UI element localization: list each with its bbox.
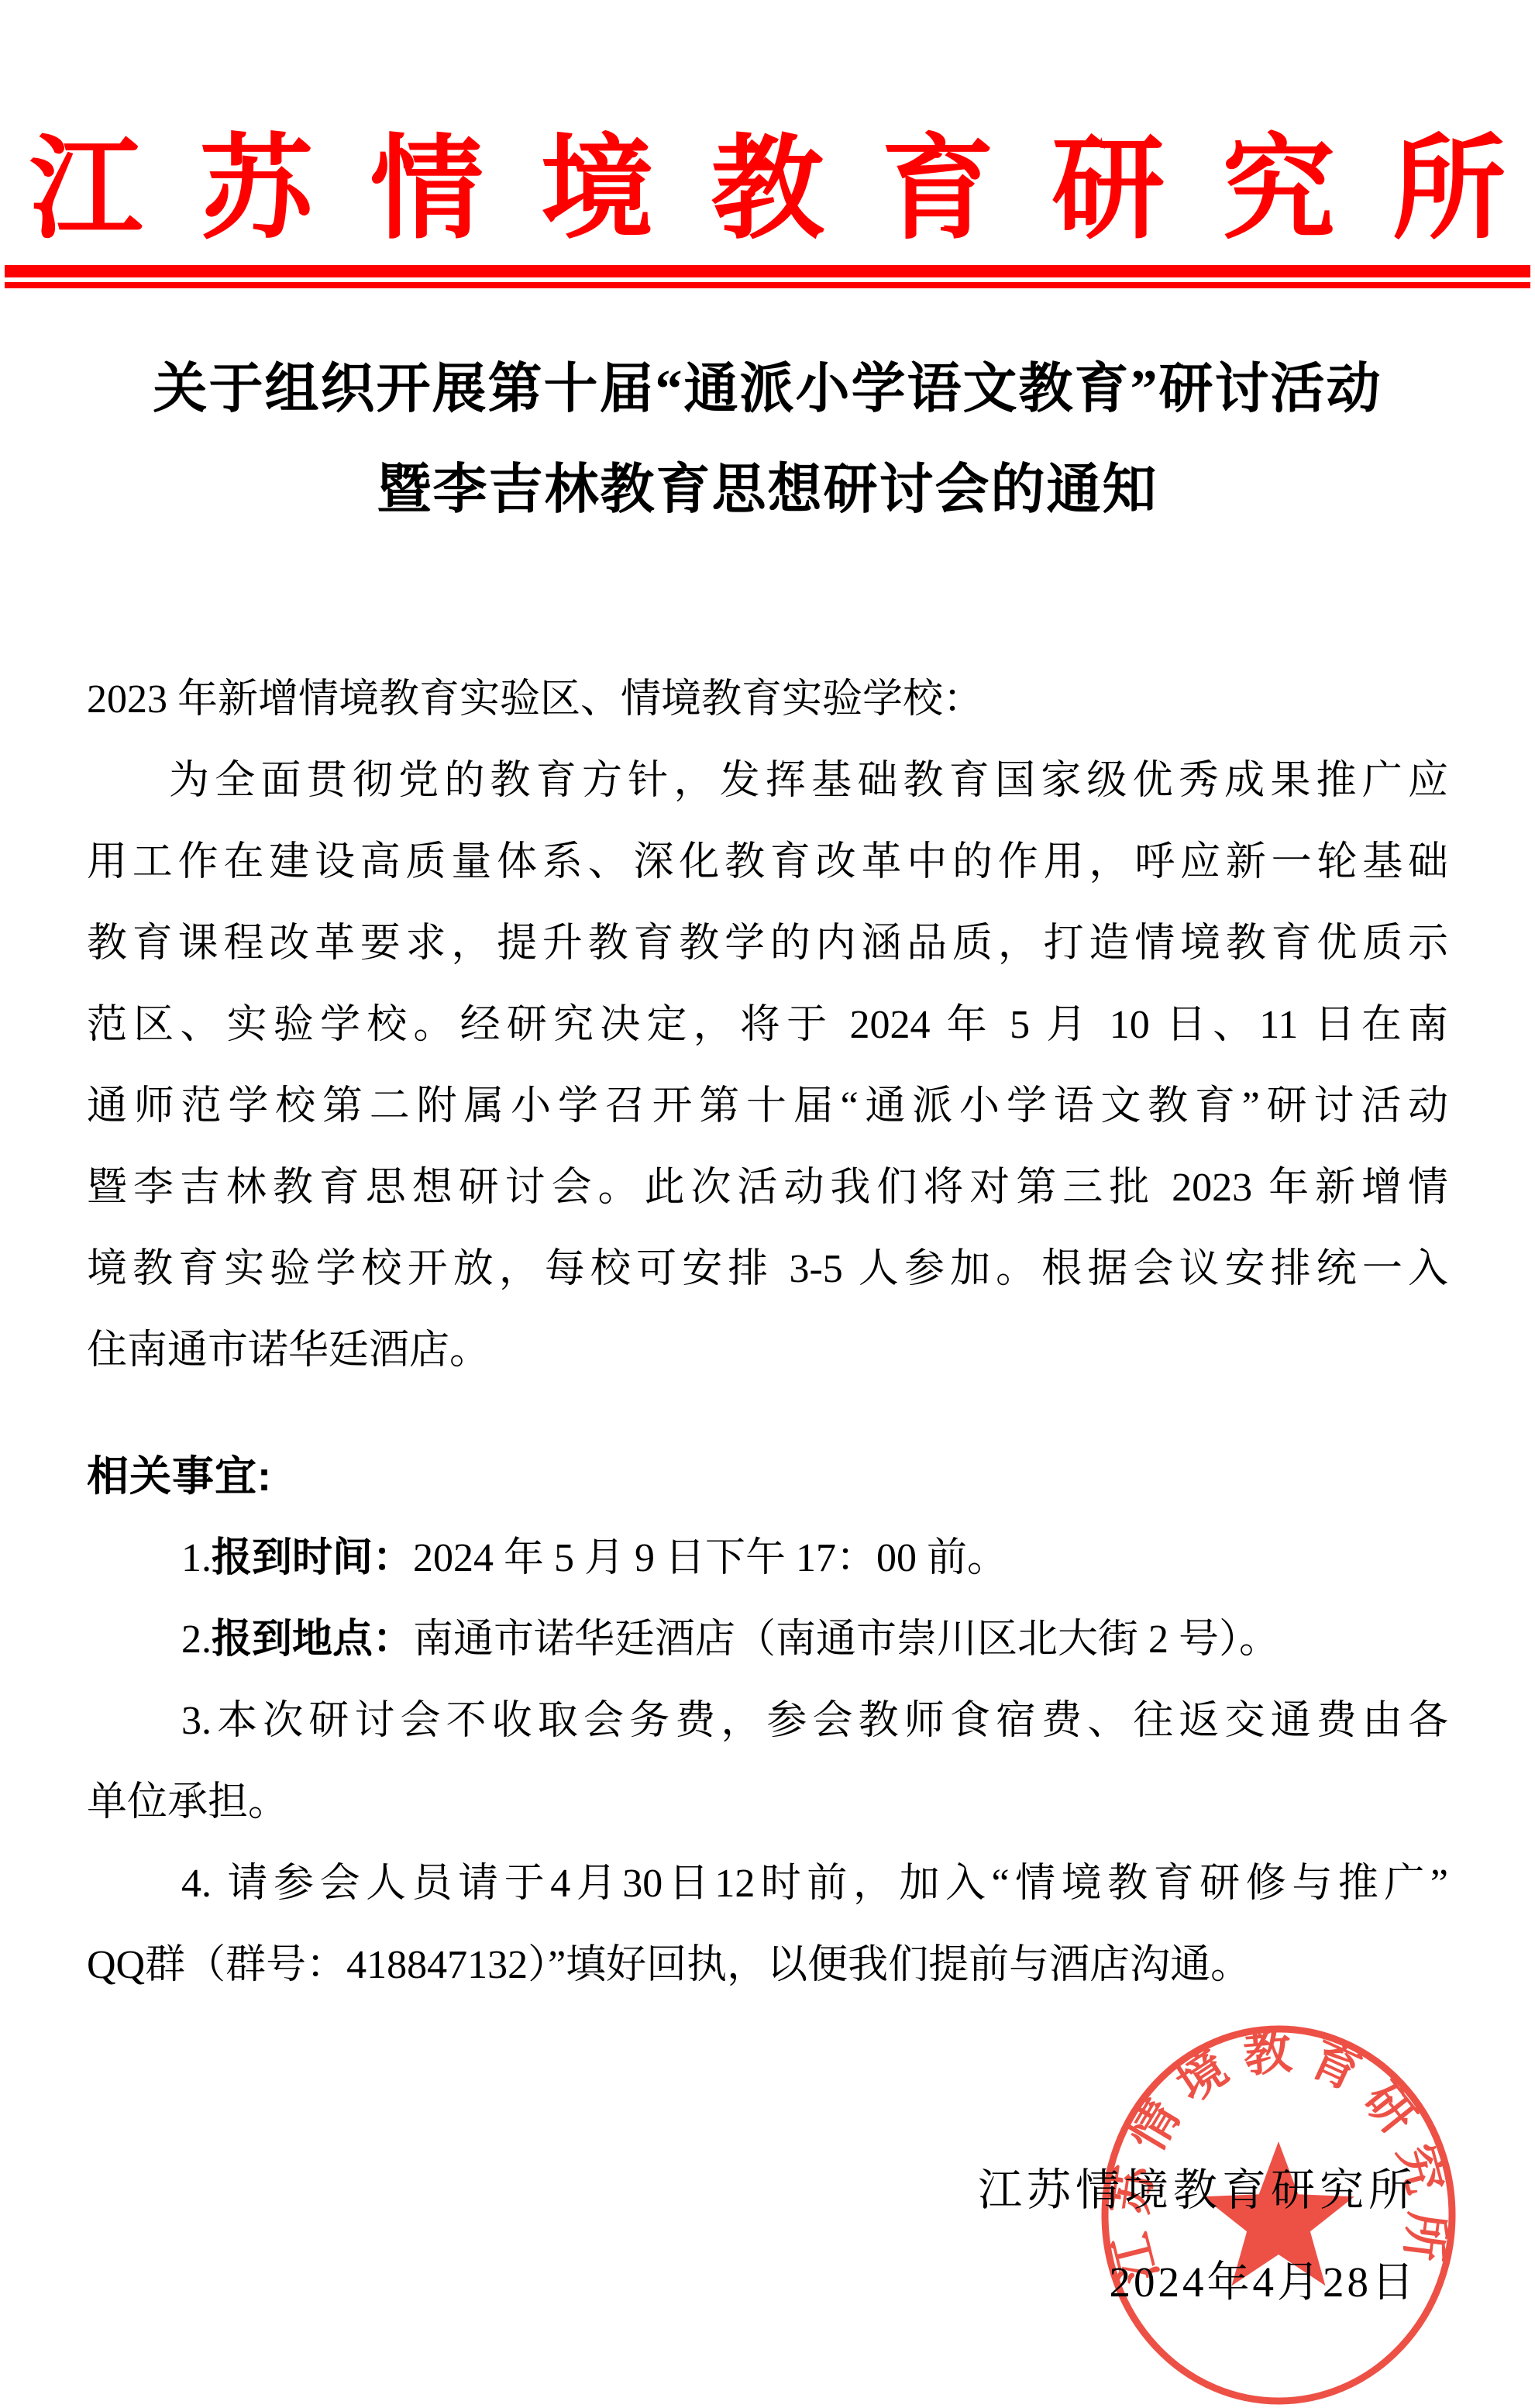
notice-title-line1: 关于组织开展第十届“通派小学语文教育”研讨活动 (46, 339, 1489, 440)
list-item-4: 4. 请参会人员请于4月30日12时前，加入“情境教育研修与推广” (87, 1843, 1448, 1924)
body-line: 境教育实验学校开放，每校可安排 3-5 人参加。根据会议安排统一入 (87, 1228, 1448, 1310)
signature-date: 2024年4月28日 (0, 2255, 1417, 2310)
body-line: 教育课程改革要求，提升教育教学的内涵品质，打造情境教育优质示 (87, 903, 1448, 984)
letterhead-char: 境 (541, 130, 654, 250)
list-item-1-number: 1. (181, 1536, 212, 1580)
letterhead-char: 研 (1051, 130, 1165, 250)
list-item-4-continuation: QQ群（群号：418847132）”填好回执，以便我们提前与酒店沟通。 (87, 1924, 1448, 2006)
letterhead-char: 教 (711, 130, 824, 250)
body-line: 为全面贯彻党的教育方针，发挥基础教育国家级优秀成果推广应 (87, 740, 1448, 822)
list-item-1-label: 报到时间： (212, 1535, 413, 1580)
list-item-2-number: 2. (181, 1617, 212, 1662)
list-item-2-label: 报到地点： (212, 1617, 413, 1662)
list-item-3-continuation: 单位承担。 (87, 1762, 1448, 1843)
notice-title: 关于组织开展第十届“通派小学语文教育”研讨活动 暨李吉林教育思想研讨会的通知 (46, 339, 1489, 541)
letterhead-char: 苏 (200, 130, 313, 250)
body-line: 范区、实验学校。经研究决定，将于 2024 年 5 月 10 日、11 日在南 (87, 984, 1448, 1066)
notice-body: 2023 年新增情境教育实验区、情境教育实验学校： 为全面贯彻党的教育方针，发挥… (87, 659, 1448, 2006)
letterhead-org-name: 江苏情境教育研究所 (29, 130, 1506, 250)
list-item-3: 3.本次研讨会不收取会务费，参会教师食宿费、往返交通费由各 (87, 1680, 1448, 1762)
list-item-2: 2.报到地点：南通市诺华廷酒店（南通市崇川区北大街 2 号）。 (87, 1599, 1448, 1680)
letterhead-char: 究 (1222, 130, 1335, 250)
letterhead-char: 所 (1392, 130, 1506, 250)
body-line: 通师范学校第二附属小学召开第十届“通派小学语文教育”研讨活动 (87, 1066, 1448, 1147)
letterhead-char: 情 (370, 130, 484, 250)
letterhead-char: 江 (29, 130, 143, 250)
letterhead-rule-thick (5, 265, 1530, 277)
list-item-2-text: 南通市诺华廷酒店（南通市崇川区北大街 2 号）。 (413, 1617, 1279, 1662)
body-line: 暨李吉林教育思想研讨会。此次活动我们将对第三批 2023 年新增情 (87, 1147, 1448, 1228)
letterhead-rule-thin (5, 282, 1530, 288)
list-item-1-text: 2024 年 5 月 9 日下午 17：00 前。 (413, 1536, 1007, 1580)
salutation-line: 2023 年新增情境教育实验区、情境教育实验学校： (87, 659, 1448, 740)
notice-title-line2: 暨李吉林教育思想研讨会的通知 (46, 440, 1489, 541)
signature-block: 江苏情境教育研究所 2024年4月28日 (0, 2164, 1535, 2310)
letterhead-char: 育 (881, 130, 994, 250)
list-item-1: 1.报到时间：2024 年 5 月 9 日下午 17：00 前。 (87, 1517, 1448, 1599)
notice-document-page: 江苏情境教育研究所 关于组织开展第十届“通派小学语文教育”研讨活动 暨李吉林教育… (0, 0, 1535, 2408)
section-heading-related-matters: 相关事宜: (87, 1436, 1448, 1517)
body-line: 住南通市诺华廷酒店。 (87, 1310, 1448, 1391)
body-line: 用工作在建设高质量体系、深化教育改革中的作用，呼应新一轮基础 (87, 822, 1448, 903)
signature-org: 江苏情境教育研究所 (0, 2164, 1417, 2218)
